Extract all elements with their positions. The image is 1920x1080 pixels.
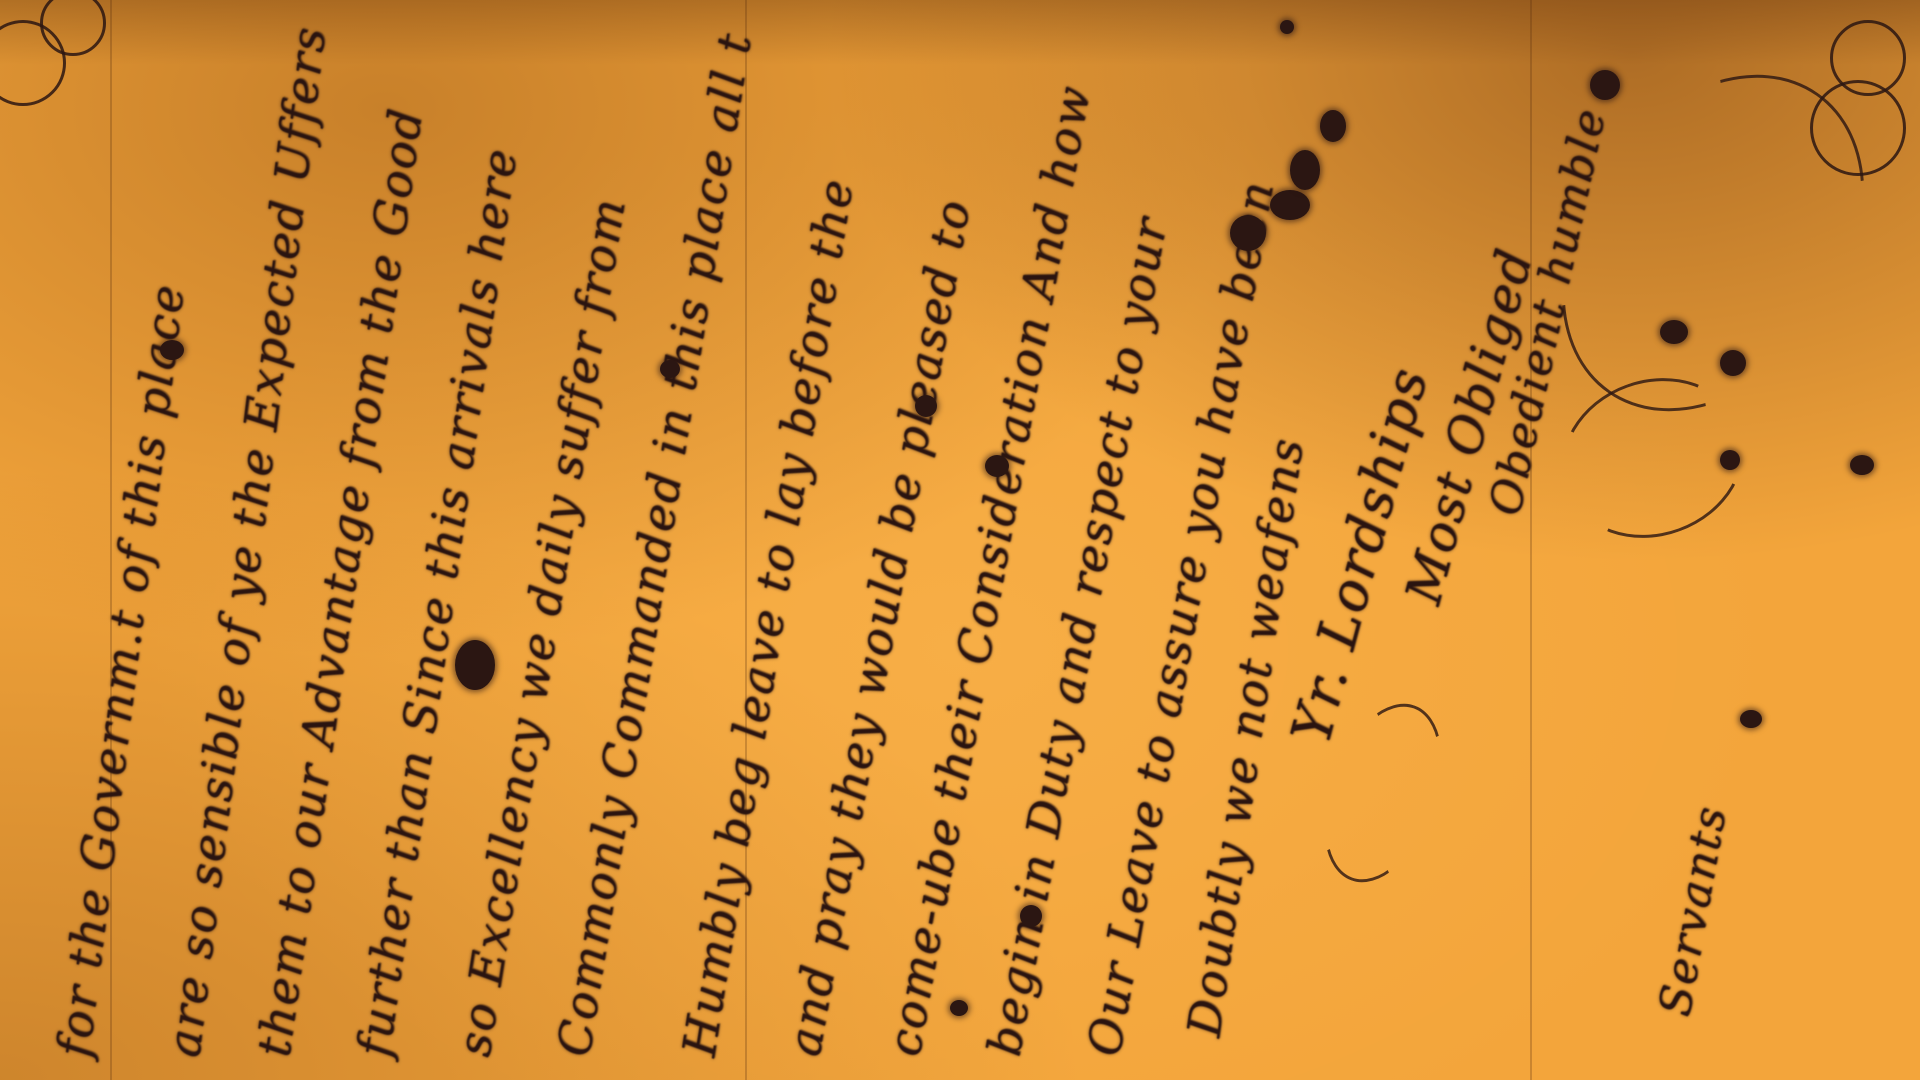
ink-splatter bbox=[1720, 350, 1746, 376]
handwriting-line: Servants bbox=[1650, 801, 1737, 1020]
ink-splatter bbox=[985, 455, 1009, 477]
ink-splatter bbox=[1740, 710, 1762, 728]
ink-splatter bbox=[1720, 450, 1740, 470]
corner-ornament bbox=[1810, 80, 1906, 176]
ink-splatter bbox=[1020, 905, 1042, 927]
ink-splatter bbox=[1280, 20, 1294, 34]
ink-splatter bbox=[1270, 190, 1310, 220]
ink-splatter bbox=[1660, 320, 1688, 344]
ink-splatter bbox=[455, 640, 495, 690]
ink-splatter bbox=[1290, 150, 1320, 190]
ink-splatter bbox=[660, 360, 680, 378]
ink-splatter bbox=[915, 395, 937, 417]
ink-splatter bbox=[160, 340, 184, 360]
ink-splatter bbox=[1590, 70, 1620, 100]
ink-splatter bbox=[950, 1000, 968, 1016]
ink-splatter bbox=[1850, 455, 1874, 475]
ink-splatter bbox=[1320, 110, 1346, 142]
ink-splatter bbox=[1230, 215, 1266, 251]
